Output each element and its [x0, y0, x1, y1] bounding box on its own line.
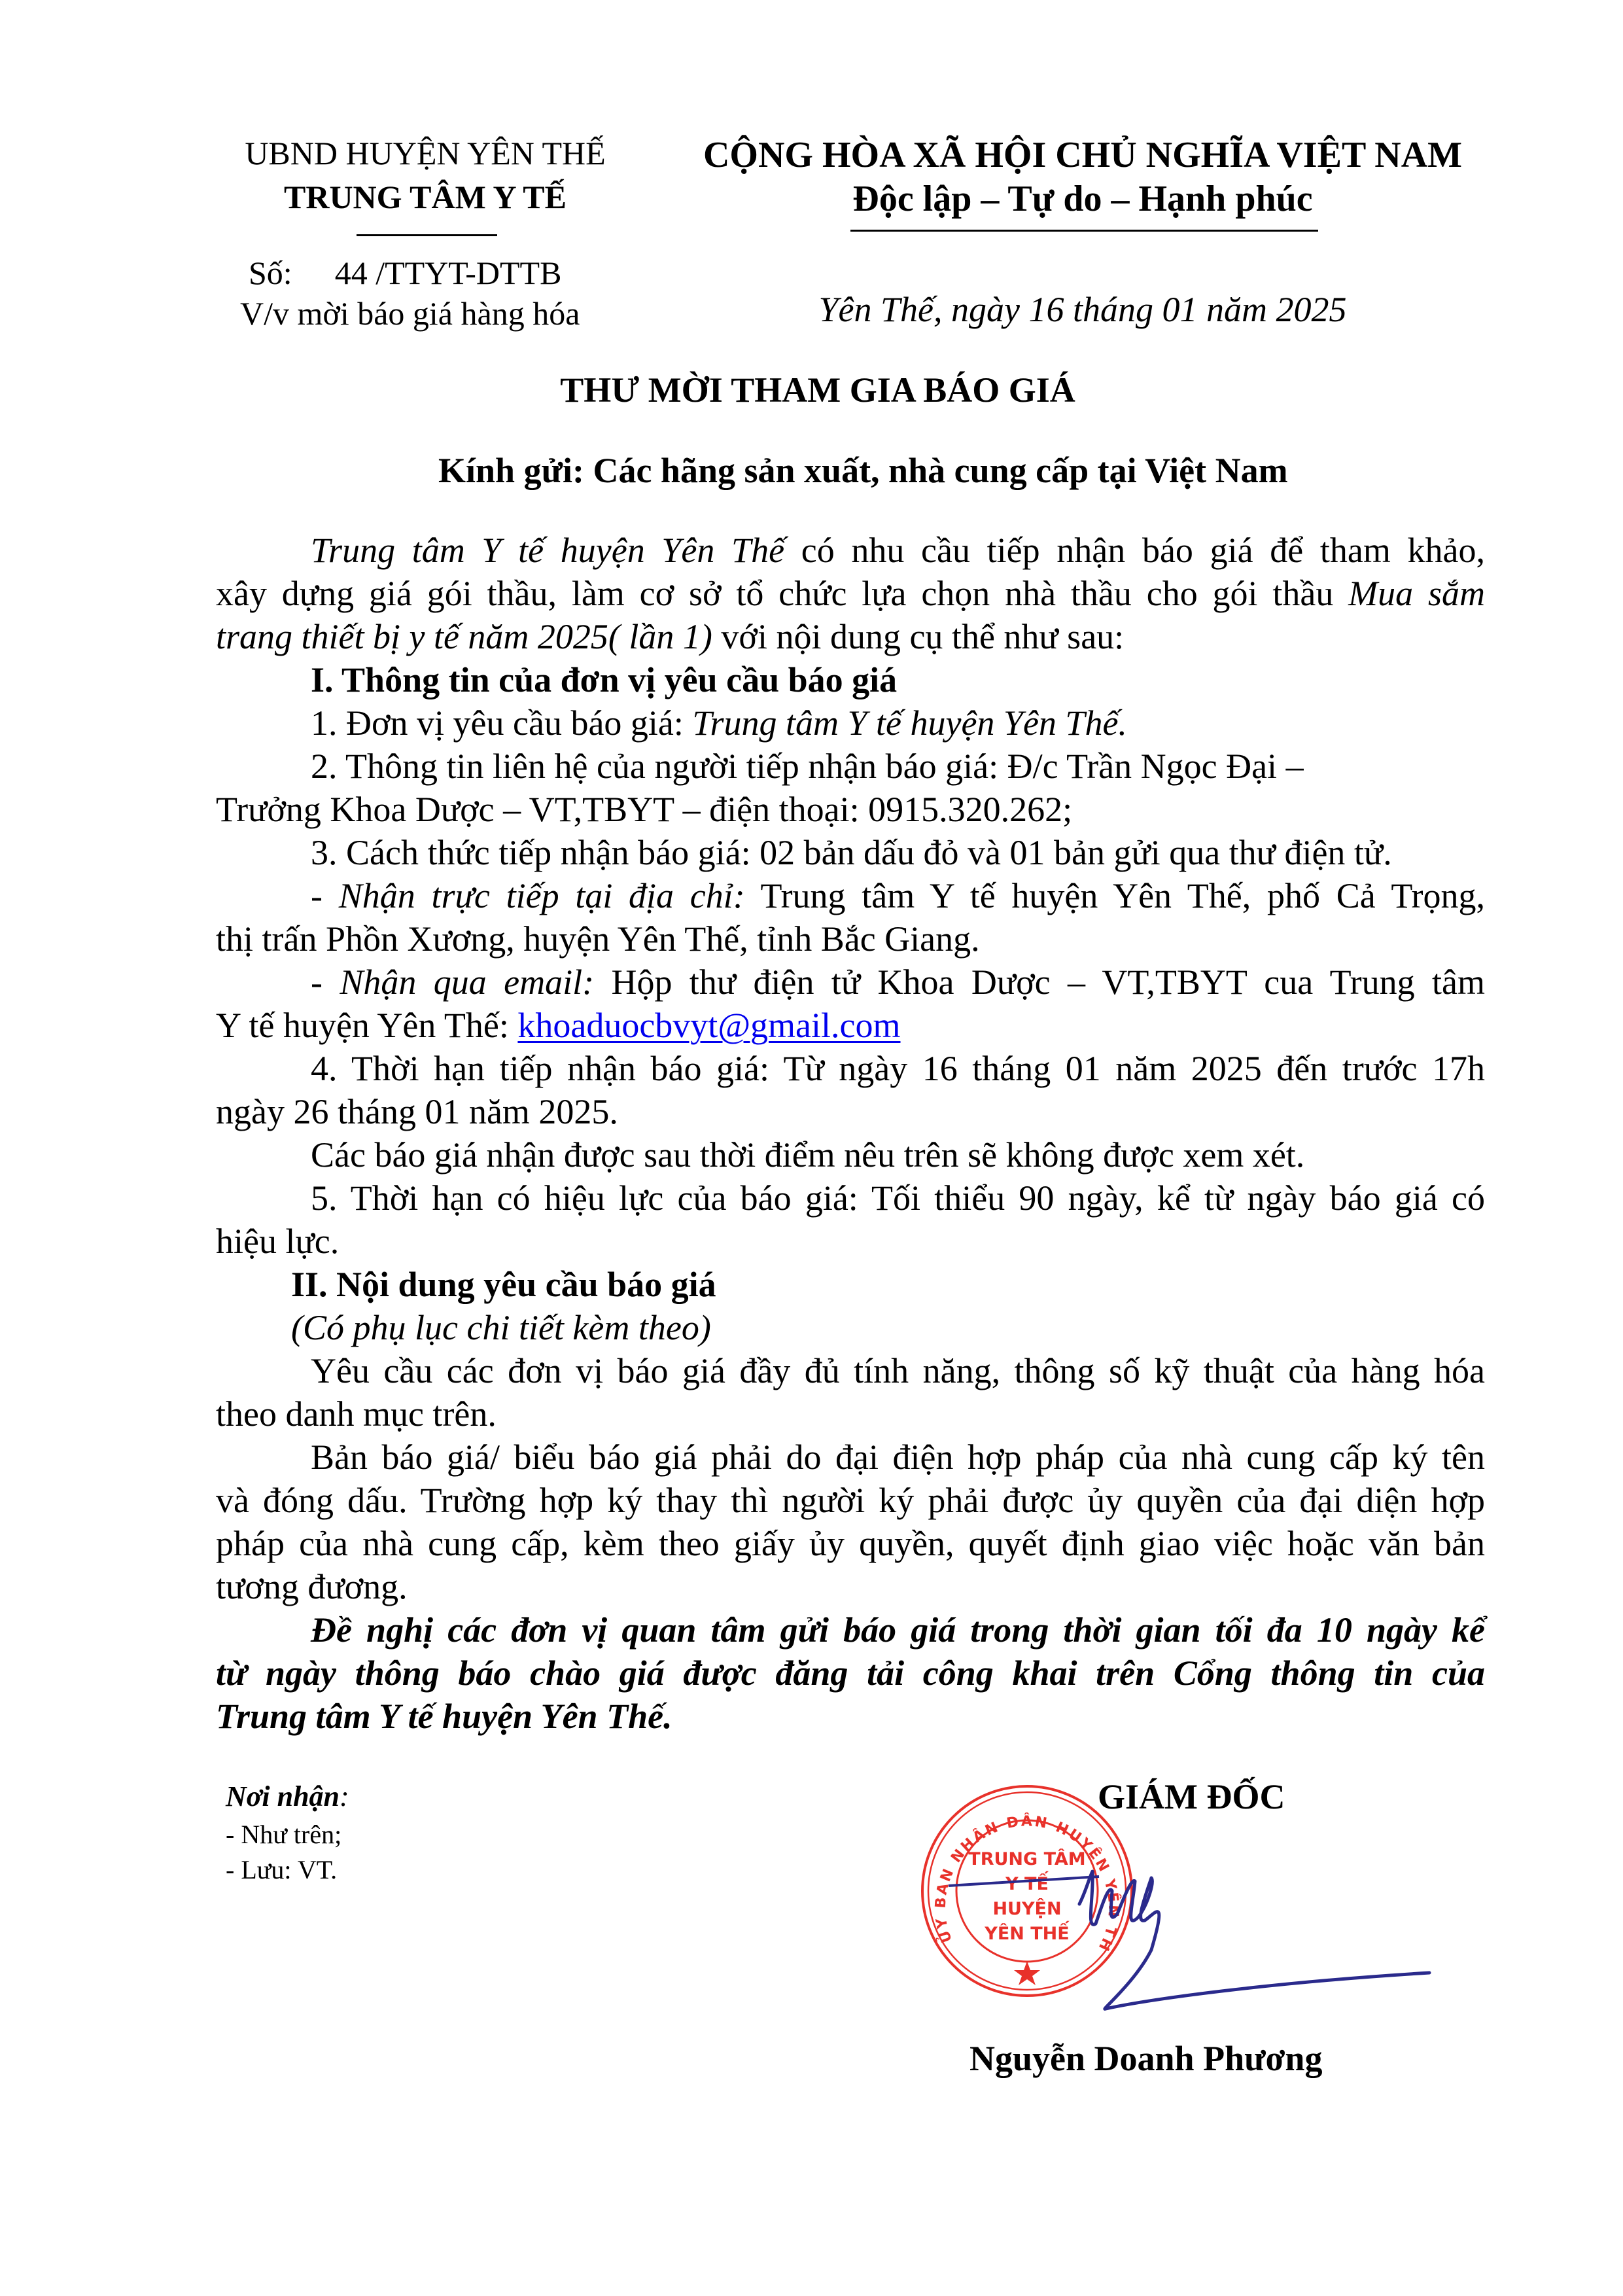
item-3: 3. Cách thức tiếp nhận báo giá: 02 bản d…	[311, 831, 1485, 874]
section-2-heading: II. Nội dung yêu cầu báo giá	[291, 1263, 1485, 1306]
national-motto: Độc lập – Tự do – Hạnh phúc	[661, 178, 1505, 220]
requirement-line-1: Yêu cầu các đơn vị báo giá đầy đủ tính n…	[311, 1349, 1485, 1392]
direct-delivery-label: - Nhận trực tiếp tại địa chỉ:	[311, 876, 745, 915]
motto-underline	[850, 230, 1318, 232]
handwritten-signature	[1073, 1852, 1439, 2022]
requester-name: Trung tâm Y tế huyện Yên Thế	[311, 531, 784, 570]
item-5-line-1: 5. Thời hạn có hiệu lực của báo giá: Tối…	[311, 1176, 1485, 1220]
intro-line-2: xây dựng giá gói thầu, làm cơ sở tổ chức…	[216, 572, 1485, 615]
recipients-label: Nơi nhận:	[226, 1780, 349, 1813]
quotation-rule-line-4: tương đương.	[216, 1565, 1485, 1608]
appendix-note: (Có phụ lục chi tiết kèm theo)	[291, 1306, 1485, 1349]
quotation-rule-line-2: và đóng dấu. Trường hợp ký thay thì ngườ…	[216, 1479, 1485, 1522]
item-2-line-2: Trưởng Khoa Dược – VT,TBYT – điện thoại:…	[216, 788, 1485, 831]
item-1: 1. Đơn vị yêu cầu báo giá: Trung tâm Y t…	[311, 701, 1485, 745]
requester-unit: Trung tâm Y tế huyện Yên Thế.	[692, 703, 1127, 743]
recipient-item: - Lưu: VT.	[226, 1854, 337, 1885]
national-title: CỘNG HÒA XÃ HỘI CHỦ NGHĨA VIỆT NAM	[661, 134, 1505, 176]
star-icon	[1014, 1961, 1040, 1985]
document-title: THƯ MỜI THAM GIA BÁO GIÁ	[196, 370, 1439, 410]
signer-position: GIÁM ĐỐC	[1098, 1776, 1285, 1817]
addressee: Kính gửi: Các hãng sản xuất, nhà cung cấ…	[438, 450, 1288, 491]
request-line-1: Đề nghị các đơn vị quan tâm gửi báo giá …	[311, 1608, 1485, 1651]
section-1-heading: I. Thông tin của đơn vị yêu cầu báo giá	[311, 658, 1485, 701]
quotation-rule-line-3: pháp của nhà cung cấp, kèm theo giấy ủy …	[216, 1522, 1485, 1565]
email-delivery-line-1: - Nhận qua email: Hộp thư điện tử Khoa D…	[311, 961, 1485, 1004]
late-submission-note: Các báo giá nhận được sau thời điểm nêu …	[311, 1133, 1485, 1176]
request-line-2: từ ngày thông báo chào giá được đăng tải…	[216, 1651, 1485, 1695]
direct-delivery-line-2: thị trấn Phồn Xương, huyện Yên Thế, tỉnh…	[216, 917, 1485, 961]
document-number: Số: 44 /TTYT-DTTB	[249, 254, 561, 292]
intro-line-3: trang thiết bị y tế năm 2025( lần 1) với…	[216, 615, 1485, 658]
package-name-part: Mua sắm	[1348, 574, 1485, 613]
item-4-line-1: 4. Thời hạn tiếp nhận báo giá: Từ ngày 1…	[311, 1047, 1485, 1090]
header-left-divider	[357, 234, 497, 236]
recipient-item: - Như trên;	[226, 1819, 341, 1850]
package-name-rest: trang thiết bị y tế năm 2025( lần 1)	[216, 617, 712, 656]
direct-delivery-line-1: - Nhận trực tiếp tại địa chỉ: Trung tâm …	[311, 874, 1485, 917]
quotation-rule-line-1: Bản báo giá/ biểu báo giá phải do đại đi…	[311, 1436, 1485, 1479]
intro-line-1: Trung tâm Y tế huyện Yên Thế có nhu cầu …	[311, 529, 1485, 572]
item-4-line-2: ngày 26 tháng 01 năm 2025.	[216, 1090, 1485, 1133]
email-delivery-label: - Nhận qua email:	[311, 963, 594, 1002]
stamp-line: TRUNG TÂM	[968, 1848, 1085, 1869]
stamp-line: YÊN THẾ	[984, 1921, 1070, 1944]
document-subject: V/v mời báo giá hàng hóa	[240, 294, 580, 332]
item-5-line-2: hiệu lực.	[216, 1220, 1485, 1263]
request-line-3: Trung tâm Y tế huyện Yên Thế.	[216, 1695, 1485, 1738]
parent-organization: UBND HUYỆN YÊN THẾ	[216, 134, 635, 172]
requirement-line-2: theo danh mục trên.	[216, 1392, 1485, 1436]
email-delivery-line-2: Y tế huyện Yên Thế: khoaduocbvyt@gmail.c…	[216, 1004, 1485, 1047]
place-and-date: Yên Thế, ngày 16 tháng 01 năm 2025	[661, 289, 1505, 330]
email-link[interactable]: khoaduocbvyt@gmail.com	[517, 1006, 900, 1045]
stamp-line: HUYỆN	[992, 1898, 1061, 1919]
signer-name: Nguyễn Doanh Phương	[969, 2038, 1322, 2079]
organization-name: TRUNG TÂM Y TẾ	[216, 178, 635, 216]
document-number-label: Số:	[249, 255, 292, 291]
document-number-value: 44 /TTYT-DTTB	[335, 255, 562, 291]
item-2-line-1: 2. Thông tin liên hệ của người tiếp nhận…	[311, 745, 1485, 788]
